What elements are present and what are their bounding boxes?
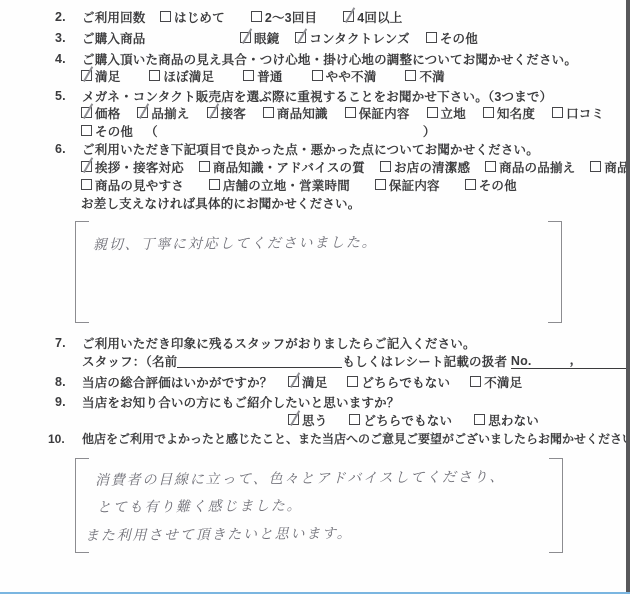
- question-5-row: 5. メガネ・コンタクト販売店を選ぶ際に重視することをお聞かせ下さい。（3つまで…: [55, 87, 552, 104]
- checkbox-option[interactable]: その他: [81, 122, 133, 140]
- checkbox-option[interactable]: どちらでもない: [349, 411, 452, 429]
- question-6-options: 商品の見やすさ店舗の立地・営業時間保証内容その他: [81, 176, 517, 194]
- checkbox-unchecked-icon[interactable]: [470, 376, 481, 387]
- checkbox-unchecked-icon[interactable]: [81, 179, 92, 190]
- checkbox-unchecked-icon[interactable]: [590, 161, 601, 172]
- checkbox-unchecked-icon[interactable]: [312, 70, 323, 81]
- right-edge-strip: [626, 0, 630, 592]
- question-9-options: 思うどちらでもない思わない: [288, 411, 539, 429]
- option-label: 店舗の立地・営業時間: [223, 176, 350, 194]
- question-5-options-row1: 価格品揃え接客商品知識保証内容立地知名度口コミ: [81, 104, 604, 121]
- bottom-accent-line: [0, 592, 630, 594]
- handwritten-comment-line: また利用させて頂きたいと思います。: [85, 523, 353, 545]
- checkbox-unchecked-icon[interactable]: [243, 70, 254, 81]
- option-label: ほぼ満足: [163, 67, 214, 85]
- option-label: 満足: [95, 67, 120, 85]
- option-label: 不満: [419, 67, 444, 85]
- option-label: 満足: [302, 373, 327, 391]
- paren-open: （: [145, 122, 158, 140]
- question-5-options-row2: その他 （ ）: [81, 122, 436, 139]
- option-label: 商品知識・アドバイスの質: [213, 158, 365, 176]
- checkbox-option[interactable]: 保証内容: [345, 104, 410, 122]
- question-label: 当店の総合評価はいかがですか？: [82, 373, 288, 391]
- checkbox-option[interactable]: 普通: [243, 67, 282, 85]
- checkbox-unchecked-icon[interactable]: [347, 376, 358, 387]
- option-label: その他: [479, 176, 517, 194]
- option-label: 眼鏡: [254, 29, 279, 47]
- comma-mark: ，: [570, 350, 583, 368]
- no-label: No.: [511, 354, 532, 368]
- option-label: 挨拶・接客対応: [95, 158, 184, 176]
- checkbox-option[interactable]: 立地: [427, 104, 466, 122]
- question-number: 9.: [55, 395, 82, 409]
- option-label: 商品知識: [277, 104, 328, 122]
- option-label: 価格: [95, 104, 120, 122]
- question-4-options: 満足ほぼ満足普通やや不満不満: [81, 67, 445, 85]
- option-label: その他: [440, 29, 478, 47]
- option-label: 4回以上: [357, 8, 402, 26]
- question-8-row: 8. 当店の総合評価はいかがですか？ 満足どちらでもない不満足: [55, 373, 522, 390]
- checkbox-checked-icon[interactable]: [288, 414, 299, 425]
- checkbox-option[interactable]: 満足: [81, 67, 120, 85]
- checkbox-unchecked-icon[interactable]: [209, 179, 220, 190]
- checkbox-checked-icon[interactable]: [81, 107, 92, 118]
- checkbox-option[interactable]: 思う: [288, 411, 327, 429]
- option-label: 不満足: [484, 373, 522, 391]
- option-label: 商品の品揃え: [499, 158, 575, 176]
- checkbox-option[interactable]: どちらでもない: [347, 373, 450, 391]
- staff-prefix: スタッフ：（名前: [82, 352, 177, 370]
- checkbox-unchecked-icon[interactable]: [405, 70, 416, 81]
- checkbox-option[interactable]: 保証内容: [375, 176, 440, 194]
- checkbox-option[interactable]: 商品知識: [263, 104, 328, 122]
- question-7-staff-row: スタッフ：（名前 もしくはレシート記載の扱者 No. ， ）: [82, 352, 630, 369]
- question-number: 10.: [48, 432, 82, 446]
- question-label: 当店をお知り合いの方にもご紹介したいと思いますか？: [82, 393, 400, 411]
- question-number: 5.: [55, 89, 82, 103]
- checkbox-option[interactable]: 知名度: [483, 104, 535, 122]
- checkbox-unchecked-icon[interactable]: [149, 70, 160, 81]
- checkbox-option[interactable]: 思わない: [474, 411, 539, 429]
- option-label: 口コミ: [566, 104, 604, 122]
- option-label: 商品の見やすさ: [95, 176, 184, 194]
- question-4-options-row: 満足ほぼ満足普通やや不満不満: [81, 67, 445, 84]
- option-label: はじめて: [174, 8, 225, 26]
- checkbox-option[interactable]: その他: [465, 176, 517, 194]
- checkbox-unchecked-icon[interactable]: [552, 107, 563, 118]
- checkbox-checked-icon[interactable]: [81, 161, 92, 172]
- question-number: 7.: [55, 336, 82, 350]
- checkbox-unchecked-icon[interactable]: [427, 107, 438, 118]
- question-label: ご利用いただき印象に残るスタッフがおりましたらご記入ください。: [82, 334, 476, 352]
- checkbox-option[interactable]: やや不満: [312, 67, 377, 85]
- option-label: どちらでもない: [361, 373, 450, 391]
- option-label: 品揃え: [151, 104, 189, 122]
- question-number: 2.: [55, 10, 82, 24]
- checkbox-option[interactable]: はじめて: [160, 8, 225, 26]
- checkbox-unchecked-icon[interactable]: [251, 11, 262, 22]
- checkbox-option[interactable]: 眼鏡: [240, 29, 279, 47]
- staff-middle: もしくはレシート記載の扱者: [342, 352, 507, 370]
- checkbox-option[interactable]: 商品の価格: [590, 158, 630, 176]
- checkbox-unchecked-icon[interactable]: [349, 414, 360, 425]
- checkbox-unchecked-icon[interactable]: [81, 125, 92, 136]
- question-6-row: 6. ご利用いただき下記項目で良かった点・悪かった点についてお聞かせください。: [55, 140, 539, 157]
- option-label: 保証内容: [389, 176, 440, 194]
- checkbox-unchecked-icon[interactable]: [375, 179, 386, 190]
- checkbox-option[interactable]: お店の清潔感: [380, 158, 470, 176]
- checkbox-unchecked-icon[interactable]: [485, 161, 496, 172]
- option-label: やや不満: [326, 67, 377, 85]
- checkbox-checked-icon[interactable]: [240, 32, 251, 43]
- checkbox-unchecked-icon[interactable]: [263, 107, 274, 118]
- question-6-note: お差し支えなければ具体的にお聞かせください。: [81, 194, 360, 211]
- question-label: ご購入商品: [82, 29, 240, 47]
- checkbox-unchecked-icon[interactable]: [380, 161, 391, 172]
- checkbox-unchecked-icon[interactable]: [345, 107, 356, 118]
- option-label: どちらでもない: [363, 411, 452, 429]
- comment-box-q10[interactable]: 消費者の目線に立って、色々とアドバイスしてくださり、 とても有り難く感じました。…: [75, 458, 563, 553]
- checkbox-option[interactable]: コンタクトレンズ: [295, 29, 409, 47]
- question-6-options: 挨拶・接客対応商品知識・アドバイスの質お店の清潔感商品の品揃え商品の価格: [81, 158, 630, 176]
- checkbox-option[interactable]: 商品知識・アドバイスの質: [199, 158, 365, 176]
- question-3-row: 3. ご購入商品 眼鏡コンタクトレンズその他: [55, 29, 478, 46]
- checkbox-checked-icon[interactable]: [343, 11, 354, 22]
- question-2-options: はじめて2～3回目4回以上: [160, 8, 402, 26]
- question-label: ご利用回数: [82, 8, 160, 26]
- checkbox-unchecked-icon[interactable]: [426, 32, 437, 43]
- checkbox-option[interactable]: 2～3回目: [251, 8, 317, 26]
- checkbox-option[interactable]: その他: [426, 29, 478, 47]
- question-4-row: 4. ご購入頂いた商品の見え具合・つけ心地・掛け心地の調整についてお聞かせくださ…: [55, 50, 577, 67]
- question-label: ご利用いただき下記項目で良かった点・悪かった点についてお聞かせください。: [82, 140, 539, 158]
- question-number: 8.: [55, 375, 82, 389]
- question-label: 他店をご利用でよかったと感じたこと、また当店へのご意見ご要望がございましたらお聞…: [82, 430, 630, 447]
- checkbox-option[interactable]: 商品の品揃え: [485, 158, 575, 176]
- comment-box-q6[interactable]: 親切、丁寧に対応してくださいました。: [75, 221, 562, 323]
- option-label: その他: [95, 122, 133, 140]
- option-label: 保証内容: [359, 104, 410, 122]
- question-10-row: 10. 他店をご利用でよかったと感じたこと、また当店へのご意見ご要望がございまし…: [48, 430, 630, 447]
- option-label: 思う: [302, 411, 327, 429]
- question-3-options: 眼鏡コンタクトレンズその他: [240, 29, 478, 47]
- checkbox-option[interactable]: 挨拶・接客対応: [81, 158, 184, 176]
- checkbox-unchecked-icon[interactable]: [474, 414, 485, 425]
- question-5-other-option: その他: [81, 122, 133, 140]
- checkbox-unchecked-icon[interactable]: [483, 107, 494, 118]
- checkbox-option[interactable]: 4回以上: [343, 8, 402, 26]
- option-label: 接客: [221, 104, 246, 122]
- option-label: 知名度: [497, 104, 535, 122]
- checkbox-checked-icon[interactable]: [288, 376, 299, 387]
- question-label: ご購入頂いた商品の見え具合・つけ心地・掛け心地の調整についてお聞かせください。: [82, 50, 577, 68]
- question-8-options: 満足どちらでもない不満足: [288, 373, 522, 391]
- checkbox-checked-icon[interactable]: [295, 32, 306, 43]
- option-label: お店の清潔感: [394, 158, 470, 176]
- checkbox-option[interactable]: 商品の見やすさ: [81, 176, 184, 194]
- checkbox-option[interactable]: 店舗の立地・営業時間: [209, 176, 350, 194]
- question-2-row: 2. ご利用回数 はじめて2～3回目4回以上: [55, 8, 402, 25]
- option-label: 普通: [257, 67, 282, 85]
- checkbox-option[interactable]: 品揃え: [137, 104, 189, 122]
- question-label: メガネ・コンタクト販売店を選ぶ際に重視することをお聞かせ下さい。（3つまで）: [82, 87, 552, 105]
- customer-survey-form: 2. ご利用回数 はじめて2～3回目4回以上 3. ご購入商品 眼鏡コンタクトレ…: [0, 0, 630, 600]
- checkbox-option[interactable]: ほぼ満足: [149, 67, 214, 85]
- checkbox-unchecked-icon[interactable]: [199, 161, 210, 172]
- question-number: 4.: [55, 52, 82, 66]
- handwritten-comment-line: とても有り難く感じました。: [97, 495, 303, 517]
- question-number: 6.: [55, 142, 82, 156]
- paren-close: ）: [423, 122, 436, 140]
- question-6-options-row2: 商品の見やすさ店舗の立地・営業時間保証内容その他: [81, 176, 517, 193]
- staff-name-field[interactable]: [177, 354, 342, 368]
- checkbox-option[interactable]: 満足: [288, 373, 327, 391]
- question-9-row: 9. 当店をお知り合いの方にもご紹介したいと思いますか？: [55, 393, 400, 410]
- option-label: コンタクトレンズ: [309, 29, 409, 47]
- checkbox-option[interactable]: 口コミ: [552, 104, 604, 122]
- question-9-options-row: 思うどちらでもない思わない: [288, 411, 539, 428]
- option-label: 2～3回目: [265, 8, 317, 26]
- checkbox-option[interactable]: 不満: [405, 67, 444, 85]
- checkbox-unchecked-icon[interactable]: [465, 179, 476, 190]
- checkbox-option[interactable]: 価格: [81, 104, 120, 122]
- checkbox-option[interactable]: 不満足: [470, 373, 522, 391]
- handwritten-comment: 親切、丁寧に対応してくださいました。: [93, 232, 378, 254]
- checkbox-checked-icon[interactable]: [137, 107, 148, 118]
- question-5-options: 価格品揃え接客商品知識保証内容立地知名度口コミ: [81, 104, 604, 122]
- question-7-row: 7. ご利用いただき印象に残るスタッフがおりましたらご記入ください。: [55, 334, 476, 351]
- checkbox-unchecked-icon[interactable]: [160, 11, 171, 22]
- option-label: 思わない: [488, 411, 539, 429]
- checkbox-checked-icon[interactable]: [207, 107, 218, 118]
- handwritten-comment-line: 消費者の目線に立って、色々とアドバイスしてくださり、: [95, 466, 505, 490]
- option-label: 立地: [441, 104, 466, 122]
- receipt-no-field[interactable]: No. ， ）: [511, 353, 630, 369]
- question-6-options-row1: 挨拶・接客対応商品知識・アドバイスの質お店の清潔感商品の品揃え商品の価格: [81, 158, 630, 175]
- checkbox-checked-icon[interactable]: [81, 70, 92, 81]
- checkbox-option[interactable]: 接客: [207, 104, 246, 122]
- question-number: 3.: [55, 31, 82, 45]
